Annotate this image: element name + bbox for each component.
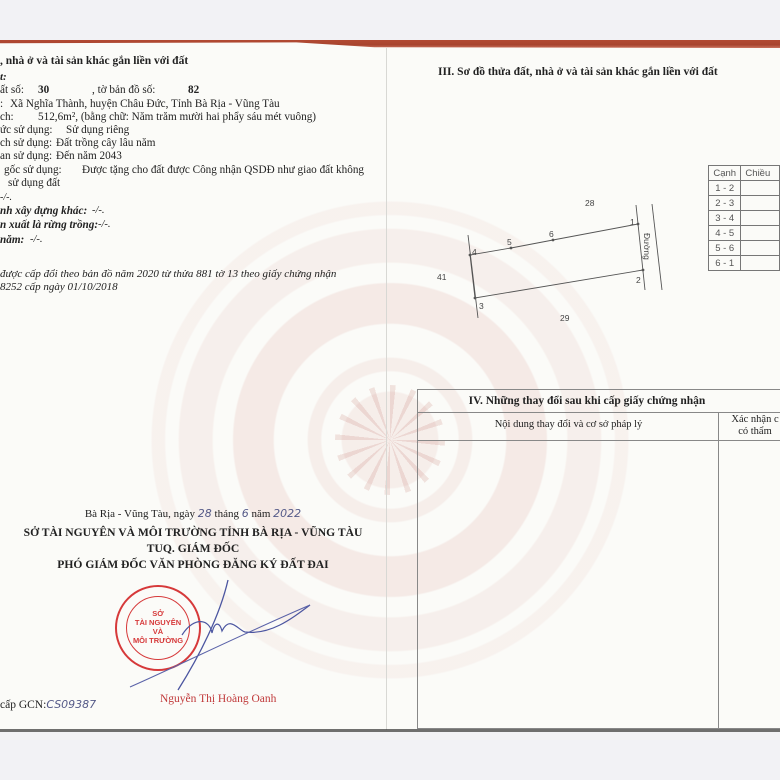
column-divider: [718, 412, 719, 728]
neighbor-west: 41: [437, 272, 447, 282]
origin-line-1: Được tặng cho đất được Công nhận QSDĐ nh…: [82, 164, 364, 176]
edge-length: [741, 196, 780, 211]
parcel-label: ất số:: [0, 84, 24, 96]
point-3: 3: [479, 301, 484, 311]
point-6: 6: [549, 229, 554, 239]
edge-row: 1 - 2: [709, 181, 780, 196]
change-content-header: Nội dung thay đổi và cơ sở pháp lý: [418, 419, 719, 430]
edge-row: 4 - 5: [709, 226, 780, 241]
purpose-value: Đất trồng cây lâu năm: [56, 137, 155, 149]
area-label: ch:: [0, 111, 14, 123]
gcn-number: CS09387: [46, 698, 96, 711]
production-forest-value: -/-.: [98, 219, 111, 230]
changes-header-row: Nội dung thay đổi và cơ sở pháp lý Xác n…: [418, 413, 780, 441]
confirmation-header-line-1: Xác nhận c: [720, 414, 780, 426]
parcel-number: 30: [38, 84, 49, 96]
production-forest-label: n xuất là rừng trồng:: [0, 219, 98, 231]
edge-id: 1 - 2: [709, 181, 741, 196]
date-prefix: Bà Rịa - Vũng Tàu, ngày: [85, 508, 195, 520]
edge-id: 2 - 3: [709, 196, 741, 211]
sign-date-line: Bà Rịa - Vũng Tàu, ngày 28 tháng 6 năm 2…: [0, 507, 386, 520]
left-section-heading: , nhà ở và tài sản khác gắn liền với đất: [0, 55, 188, 67]
area-value: 512,6m², (bằng chữ: Năm trăm mười hai ph…: [38, 111, 316, 123]
other-construction-value: -/-.: [92, 205, 105, 216]
parcel-diagram: 1 2 3 4 5 6 28 29 41 Đường: [420, 190, 680, 330]
edge-id: 4 - 5: [709, 226, 741, 241]
address-label: :: [0, 98, 3, 110]
point-2: 2: [636, 275, 641, 285]
edge-row: 3 - 4: [709, 211, 780, 226]
month-handwritten: 6: [242, 507, 249, 520]
length-column-header: Chiều: [741, 166, 780, 181]
edge-column-header: Cạnh: [709, 166, 741, 181]
changes-table: IV. Những thay đổi sau khi cấp giấy chứn…: [417, 389, 780, 729]
note-line-2: 8252 cấp ngày 01/10/2018: [0, 281, 118, 293]
map-sheet-label: , tờ bản đồ số:: [92, 84, 155, 96]
signer-name: Nguyễn Thị Hoàng Oanh: [160, 693, 276, 705]
origin-label: gốc sử dụng:: [4, 164, 62, 176]
term-value: Đến năm 2043: [56, 150, 122, 162]
confirmation-header-line-2: có thẩm: [720, 426, 780, 438]
edge-length: [741, 241, 780, 256]
edge-length: [741, 226, 780, 241]
perennial-label: năm:: [0, 234, 24, 246]
certificate-bottom-edge: [0, 729, 780, 732]
gcn-label: cấp GCN:: [0, 699, 46, 711]
changes-title: IV. Những thay đổi sau khi cấp giấy chứn…: [418, 390, 780, 413]
perennial-value: -/-.: [30, 234, 43, 245]
year-handwritten: 2022: [273, 507, 301, 520]
usage-form-label: ức sử dụng:: [0, 124, 53, 136]
edge-length: [741, 211, 780, 226]
house-value: -/-.: [0, 192, 12, 203]
month-label: tháng: [215, 508, 239, 520]
handwritten-signature: [120, 575, 320, 695]
point-4: 4: [472, 247, 477, 257]
usage-form-value: Sử dụng riêng: [66, 124, 129, 136]
signer-title: PHÓ GIÁM ĐỐC VĂN PHÒNG ĐĂNG KÝ ĐẤT ĐAI: [0, 558, 386, 571]
neighbor-north: 28: [585, 198, 595, 208]
edge-row: 6 - 1: [709, 256, 780, 271]
plot-diagram-heading: III. Sơ đồ thửa đất, nhà ở và tài sản kh…: [438, 66, 718, 78]
other-construction-label: nh xây dựng khác:: [0, 205, 87, 217]
purpose-label: ch sử dụng:: [0, 137, 52, 149]
origin-line-2: sử dụng đất: [8, 177, 60, 189]
year-label: năm: [251, 508, 270, 520]
edge-id: 6 - 1: [709, 256, 741, 271]
edge-length: [741, 181, 780, 196]
neighbor-south: 29: [560, 313, 570, 323]
land-label: t:: [0, 71, 7, 83]
term-label: an sử dụng:: [0, 150, 52, 162]
road-label: Đường: [642, 233, 652, 260]
edge-row: 2 - 3: [709, 196, 780, 211]
point-5: 5: [507, 237, 512, 247]
point-1: 1: [630, 217, 635, 227]
map-sheet-number: 82: [188, 84, 199, 96]
on-behalf-line: TUQ. GIÁM ĐỐC: [0, 542, 386, 555]
note-line-1: được cấp đổi theo bản đồ năm 2020 từ thử…: [0, 268, 336, 280]
edge-id: 5 - 6: [709, 241, 741, 256]
confirmation-header: Xác nhận c có thẩm: [720, 414, 780, 438]
edge-length: [741, 256, 780, 271]
address-value: Xã Nghĩa Thành, huyện Châu Đức, Tỉnh Bà …: [10, 98, 280, 110]
issuing-organization: SỞ TÀI NGUYÊN VÀ MÔI TRƯỜNG TỈNH BÀ RỊA …: [0, 526, 386, 539]
day-handwritten: 28: [198, 507, 212, 520]
edge-row: 5 - 6: [709, 241, 780, 256]
page-fold: [386, 48, 387, 730]
gcn-line: cấp GCN:CS09387: [0, 698, 96, 711]
edge-length-table: Cạnh Chiều 1 - 22 - 33 - 44 - 55 - 66 - …: [708, 165, 780, 271]
edge-id: 3 - 4: [709, 211, 741, 226]
